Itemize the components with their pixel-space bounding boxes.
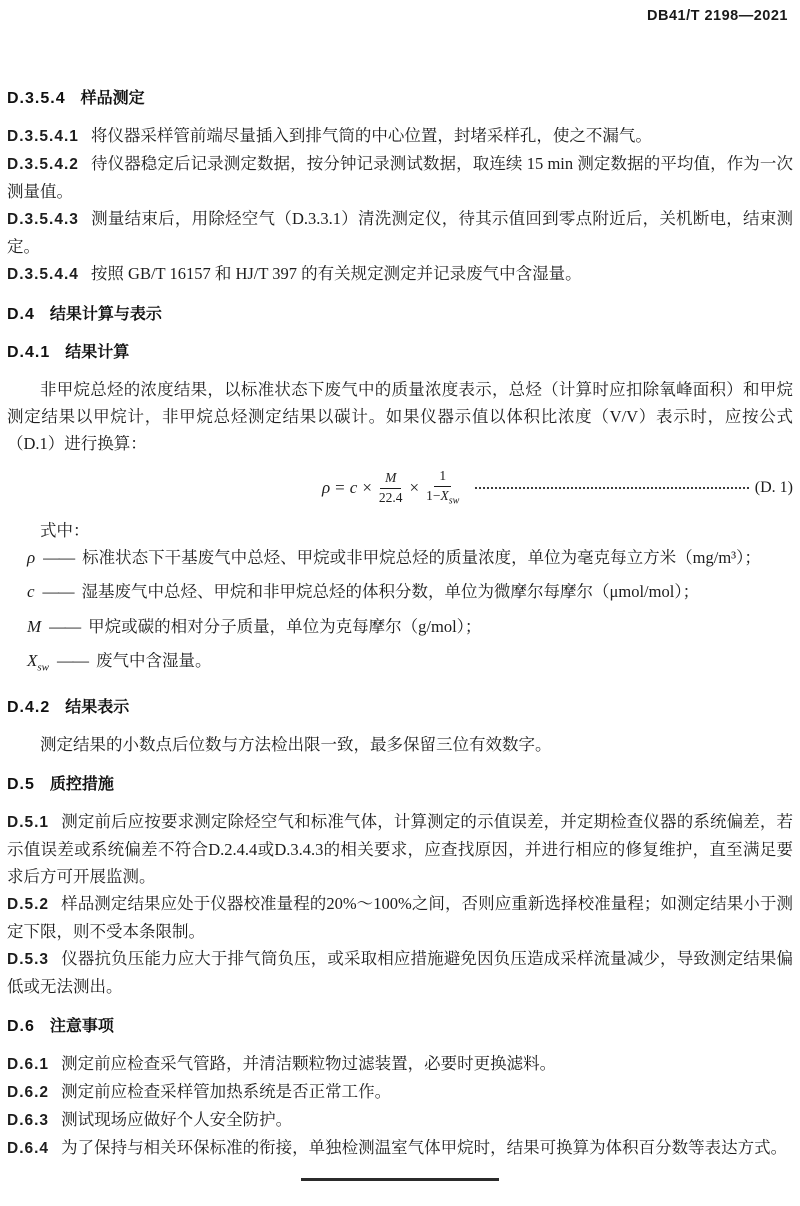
clause-d-5-2: D.5.2样品测定结果应处于仪器校准量程的20%～100%之间，否则应重新选择校…	[7, 890, 793, 945]
clause-text: 将仪器采样管前端尽量插入到排气筒的中心位置，封堵采样孔，使之不漏气。	[91, 126, 652, 145]
equation-number: (D. 1)	[755, 479, 793, 497]
heading-d-3-5-4: D.3.5.4样品测定	[7, 88, 793, 110]
document-page: DB41/T 2198—2021 D.3.5.4样品测定 D.3.5.4.1将仪…	[0, 0, 800, 1206]
symbol-description: 湿基废气中总烃、甲烷和非甲烷总烃的体积分数，单位为微摩尔每摩尔（μmol/mol…	[82, 582, 700, 601]
clause-number: D.6.3	[7, 1112, 49, 1129]
dotted-leader	[475, 487, 748, 489]
page-header: DB41/T 2198—2021	[647, 8, 788, 24]
clause-title: 结果计算与表示	[50, 306, 162, 323]
document-body: D.3.5.4样品测定 D.3.5.4.1将仪器采样管前端尽量插入到排气筒的中心…	[7, 88, 793, 1162]
var-c: c	[350, 478, 358, 498]
clause-d-3-5-4-2: D.3.5.4.2待仪器稳定后记录测定数据，按分钟记录测试数据，取连续 15 m…	[7, 150, 793, 205]
symbol-definition-rho: ρ——标准状态下干基废气中总烃、甲烷或非甲烷总烃的质量浓度，单位为毫克每立方米（…	[27, 544, 793, 578]
clause-d-5-1: D.5.1测定前后应按要求测定除烃空气和标准气体，计算测定的示值误差，并定期检查…	[7, 808, 793, 890]
clause-number: D.6.4	[7, 1140, 49, 1157]
clause-title: 结果计算	[65, 344, 129, 361]
heading-d-5: D.5质控措施	[7, 774, 793, 796]
symbol-dash: ——	[43, 548, 74, 567]
clause-number: D.6	[7, 1018, 35, 1035]
clause-number: D.6.2	[7, 1084, 49, 1101]
clause-number: D.5.1	[7, 814, 49, 831]
symbol-dash: ——	[49, 617, 80, 636]
symbol-dash: ——	[43, 582, 74, 601]
num-1: 1	[434, 468, 451, 487]
clause-d-3-5-4-4: D.3.5.4.4按照 GB/T 16157 和 HJ/T 397 的有关规定测…	[7, 260, 793, 288]
symbol-list: ρ——标准状态下干基废气中总烃、甲烷或非甲烷总烃的质量浓度，单位为毫克每立方米（…	[27, 544, 793, 681]
clause-title: 样品测定	[81, 90, 145, 107]
symbol-definition-c: c——湿基废气中总烃、甲烷和非甲烷总烃的体积分数，单位为微摩尔每摩尔（μmol/…	[27, 578, 793, 612]
clause-number: D.3.5.4.3	[7, 211, 79, 228]
clause-number: D.5	[7, 776, 35, 793]
symbol: M	[27, 617, 41, 636]
fraction-m-over-22-4: M 22.4	[379, 470, 403, 507]
multiply-sign: ×	[362, 478, 372, 498]
end-of-text-rule	[301, 1178, 499, 1181]
clause-title: 结果表示	[65, 699, 129, 716]
clause-text: 待仪器稳定后记录测定数据，按分钟记录测试数据，取连续 15 min 测定数据的平…	[7, 154, 793, 201]
clause-number: D.3.5.4.1	[7, 128, 79, 145]
clause-text: 测定前应检查采样管加热系统是否正常工作。	[61, 1082, 391, 1101]
heading-d-4: D.4结果计算与表示	[7, 304, 793, 326]
clause-number: D.4.1	[7, 344, 50, 361]
clause-number: D.6.1	[7, 1056, 49, 1073]
formula-d1: ρ = c × M 22.4 × 1 1−Xsw (D. 1)	[7, 465, 793, 511]
var-rho: ρ	[322, 478, 330, 498]
multiply-sign: ×	[410, 478, 420, 498]
var-m: M	[385, 470, 396, 485]
clause-d-6-2: D.6.2测定前应检查采样管加热系统是否正常工作。	[7, 1078, 793, 1106]
clause-number: D.5.2	[7, 896, 49, 913]
equation: ρ = c × M 22.4 × 1 1−Xsw	[322, 468, 461, 508]
symbol-definition-m: M——甲烷或碳的相对分子质量，单位为克每摩尔（g/mol）；	[27, 613, 793, 647]
heading-d-4-2: D.4.2结果表示	[7, 697, 793, 719]
paragraph-d-4-1: 非甲烷总烃的浓度结果，以标准状态下废气中的质量浓度表示，总烃（计算时应扣除氧峰面…	[7, 376, 793, 457]
symbol-dash: ——	[57, 651, 88, 670]
clause-text: 测定前后应按要求测定除烃空气和标准气体，计算测定的示值误差，并定期检查仪器的系统…	[7, 812, 793, 886]
clause-text: 仪器抗负压能力应大于排气筒负压，或采取相应措施避免因负压造成采样流量减少，导致测…	[7, 949, 793, 996]
clause-number: D.3.5.4.2	[7, 156, 79, 173]
clause-number: D.4	[7, 306, 35, 323]
den-1-minus-xsw: 1−Xsw	[426, 487, 459, 508]
clause-number: D.3.5.4.4	[7, 266, 79, 283]
symbol-definition-xsw: Xsw——废气中含湿量。	[27, 647, 793, 681]
clause-d-6-1: D.6.1测定前应检查采气管路，并清洁颗粒物过滤装置，必要时更换滤料。	[7, 1050, 793, 1078]
clause-text: 测定前应检查采气管路，并清洁颗粒物过滤装置，必要时更换滤料。	[61, 1054, 556, 1073]
clause-d-3-5-4-1: D.3.5.4.1将仪器采样管前端尽量插入到排气筒的中心位置，封堵采样孔，使之不…	[7, 122, 793, 150]
clause-d-3-5-4-3: D.3.5.4.3测量结束后，用除烃空气（D.3.3.1）清洗测定仪，待其示值回…	[7, 205, 793, 260]
standard-number: DB41/T 2198—2021	[647, 8, 788, 24]
clause-d-5-3: D.5.3仪器抗负压能力应大于排气筒负压，或采取相应措施避免因负压造成采样流量减…	[7, 945, 793, 1000]
clause-d-6-4: D.6.4为了保持与相关环保标准的衔接，单独检测温室气体甲烷时，结果可换算为体积…	[7, 1134, 793, 1162]
heading-d-6: D.6注意事项	[7, 1016, 793, 1038]
clause-text: 测试现场应做好个人安全防护。	[61, 1110, 292, 1129]
clause-number: D.4.2	[7, 699, 50, 716]
symbol-description: 标准状态下干基废气中总烃、甲烷或非甲烷总烃的质量浓度，单位为毫克每立方米（mg/…	[82, 548, 761, 567]
symbol: c	[27, 582, 35, 601]
clause-number: D.5.3	[7, 951, 49, 968]
symbol-description: 甲烷或碳的相对分子质量，单位为克每摩尔（g/mol）；	[88, 617, 481, 636]
symbol-description: 废气中含湿量。	[96, 651, 212, 670]
clause-text: 测量结束后，用除烃空气（D.3.3.1）清洗测定仪，待其示值回到零点附近后，关机…	[7, 209, 793, 256]
var-x: X	[441, 488, 449, 503]
fraction-1-over-1-minus-xsw: 1 1−Xsw	[426, 468, 459, 508]
symbol: ρ	[27, 548, 35, 567]
equals-sign: =	[335, 478, 345, 498]
clause-d-6-3: D.6.3测试现场应做好个人安全防护。	[7, 1106, 793, 1134]
symbol: Xsw	[27, 651, 49, 670]
clause-title: 注意事项	[50, 1018, 114, 1035]
clause-title: 质控措施	[50, 776, 114, 793]
clause-text: 为了保持与相关环保标准的衔接，单独检测温室气体甲烷时，结果可换算为体积百分数等表…	[61, 1138, 787, 1157]
paragraph-d-4-2: 测定结果的小数点后位数与方法检出限一致，最多保留三位有效数字。	[7, 731, 793, 758]
clause-number: D.3.5.4	[7, 90, 66, 107]
heading-d-4-1: D.4.1结果计算	[7, 342, 793, 364]
clause-text: 样品测定结果应处于仪器校准量程的20%～100%之间，否则应重新选择校准量程；如…	[7, 894, 793, 941]
where-label: 式中：	[7, 517, 793, 544]
den-22-4: 22.4	[379, 489, 403, 507]
clause-text: 按照 GB/T 16157 和 HJ/T 397 的有关规定测定并记录废气中含湿…	[91, 264, 582, 283]
